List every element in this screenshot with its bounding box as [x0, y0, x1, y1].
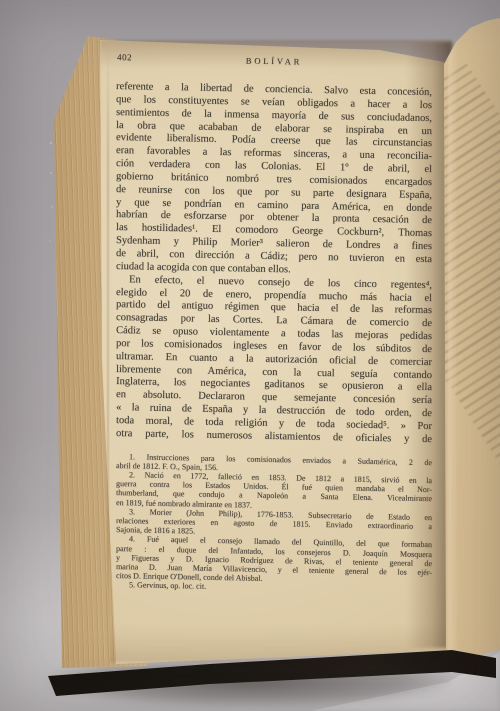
page-fold-highlight — [448, 40, 458, 660]
cover-wear-specks — [50, 142, 52, 144]
printed-page-content: 402 BOLÍVAR referente a la libertad de c… — [116, 52, 432, 589]
running-head: BOLÍVAR — [116, 53, 432, 69]
body-text: referente a la libertad de conciencia. S… — [116, 81, 432, 441]
footnotes: 1. Instrucciones para los comisionados e… — [116, 452, 432, 590]
page-header: 402 BOLÍVAR — [116, 52, 432, 70]
page-crease-line — [107, 46, 109, 660]
book-photo-scene: 402 BOLÍVAR referente a la libertad de c… — [0, 0, 500, 711]
